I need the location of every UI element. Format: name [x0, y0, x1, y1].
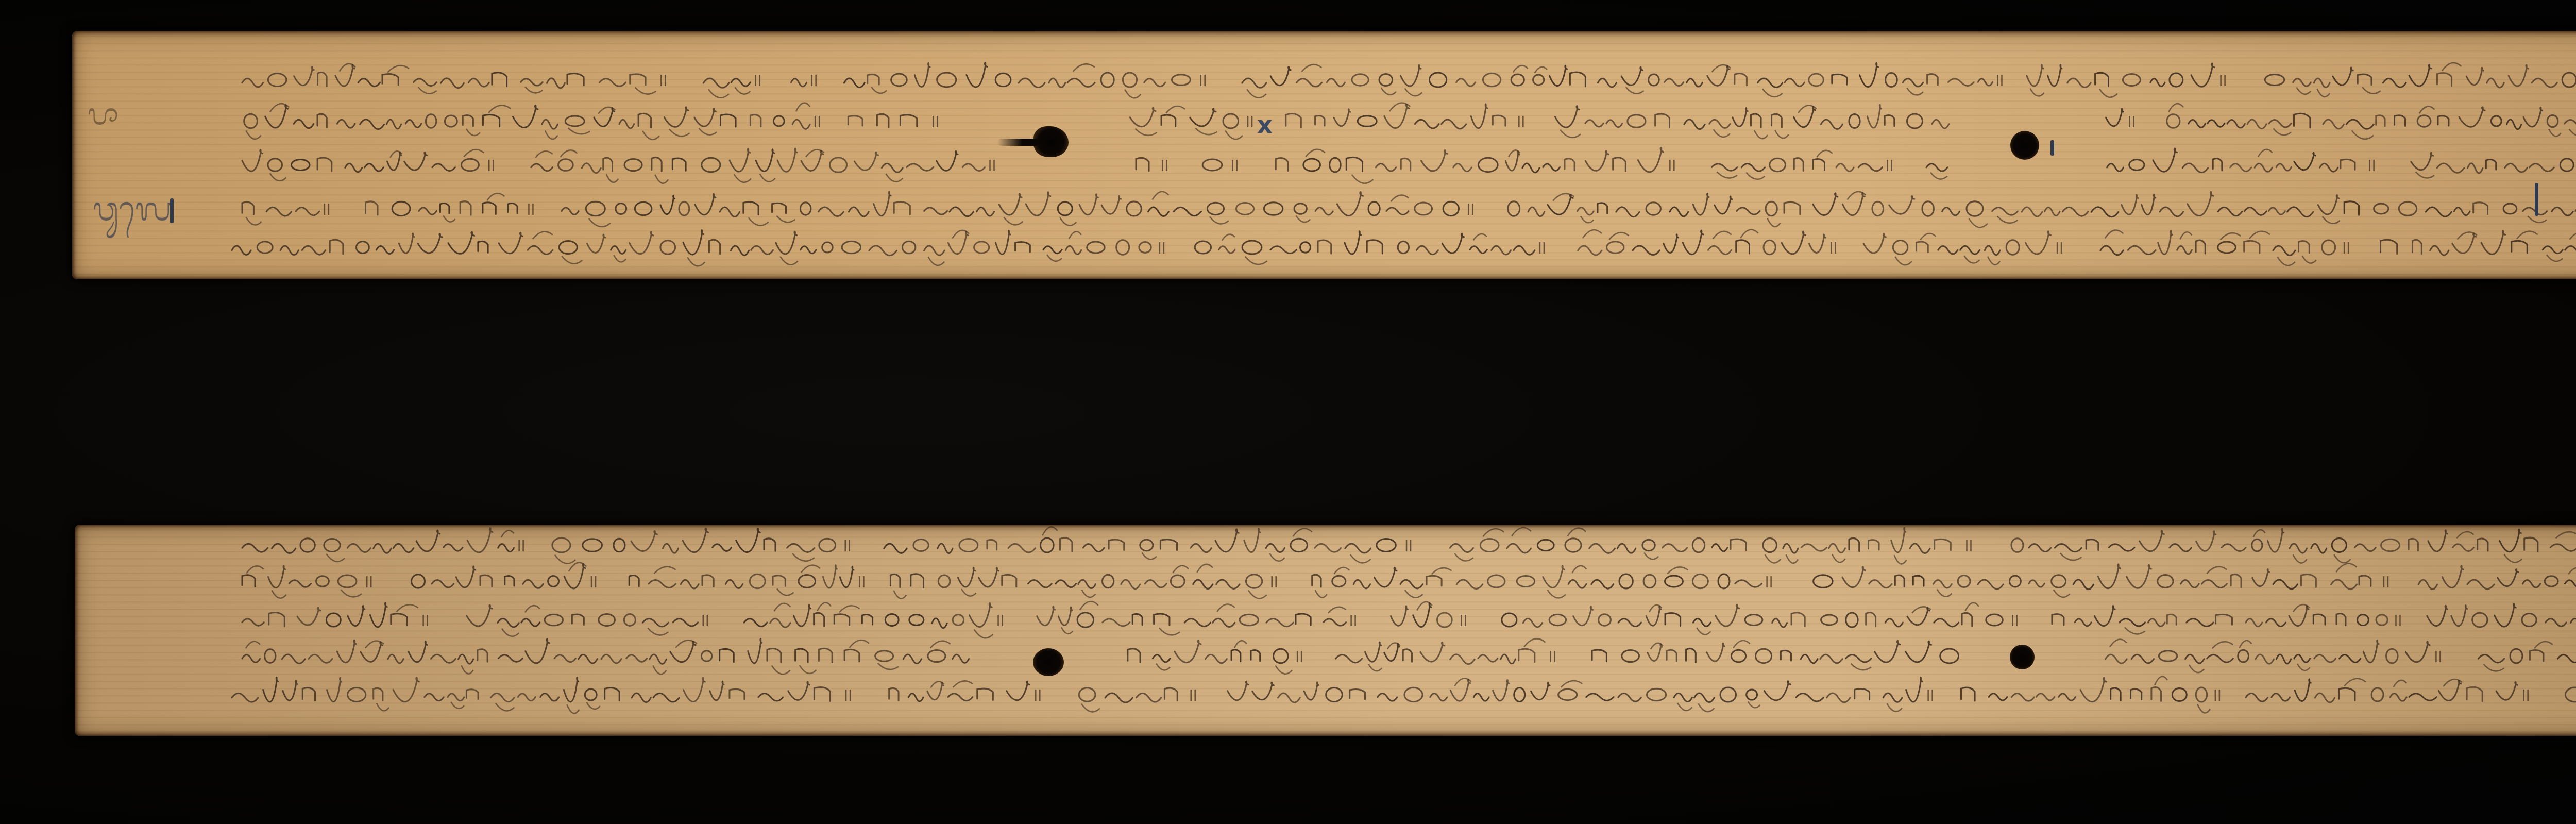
- binding-hole-2: [2010, 645, 2035, 669]
- left-pen-bar: [170, 198, 174, 223]
- right-pen-bar: [2535, 183, 2538, 216]
- mid-pen-bar: [2050, 140, 2054, 156]
- palm-leaf-folio-top: ᬯᬸᬮᬾᬧᬵx: [72, 31, 2576, 279]
- leaf-edge-darkening: [72, 31, 2576, 279]
- faded-margin-glyph: ᬧᬵ: [88, 93, 118, 146]
- palm-leaf-folio-bottom: [75, 525, 2576, 736]
- torn-hole-tail: [997, 139, 1039, 146]
- binding-hole-1: [1033, 126, 1069, 157]
- binding-hole-1: [1033, 648, 1064, 676]
- leaf-edge-darkening: [75, 525, 2576, 736]
- folio-number: ᬯᬸᬮᬾ: [93, 186, 175, 244]
- binding-hole-2: [2010, 131, 2039, 160]
- blue-x-mark: x: [1257, 111, 1273, 139]
